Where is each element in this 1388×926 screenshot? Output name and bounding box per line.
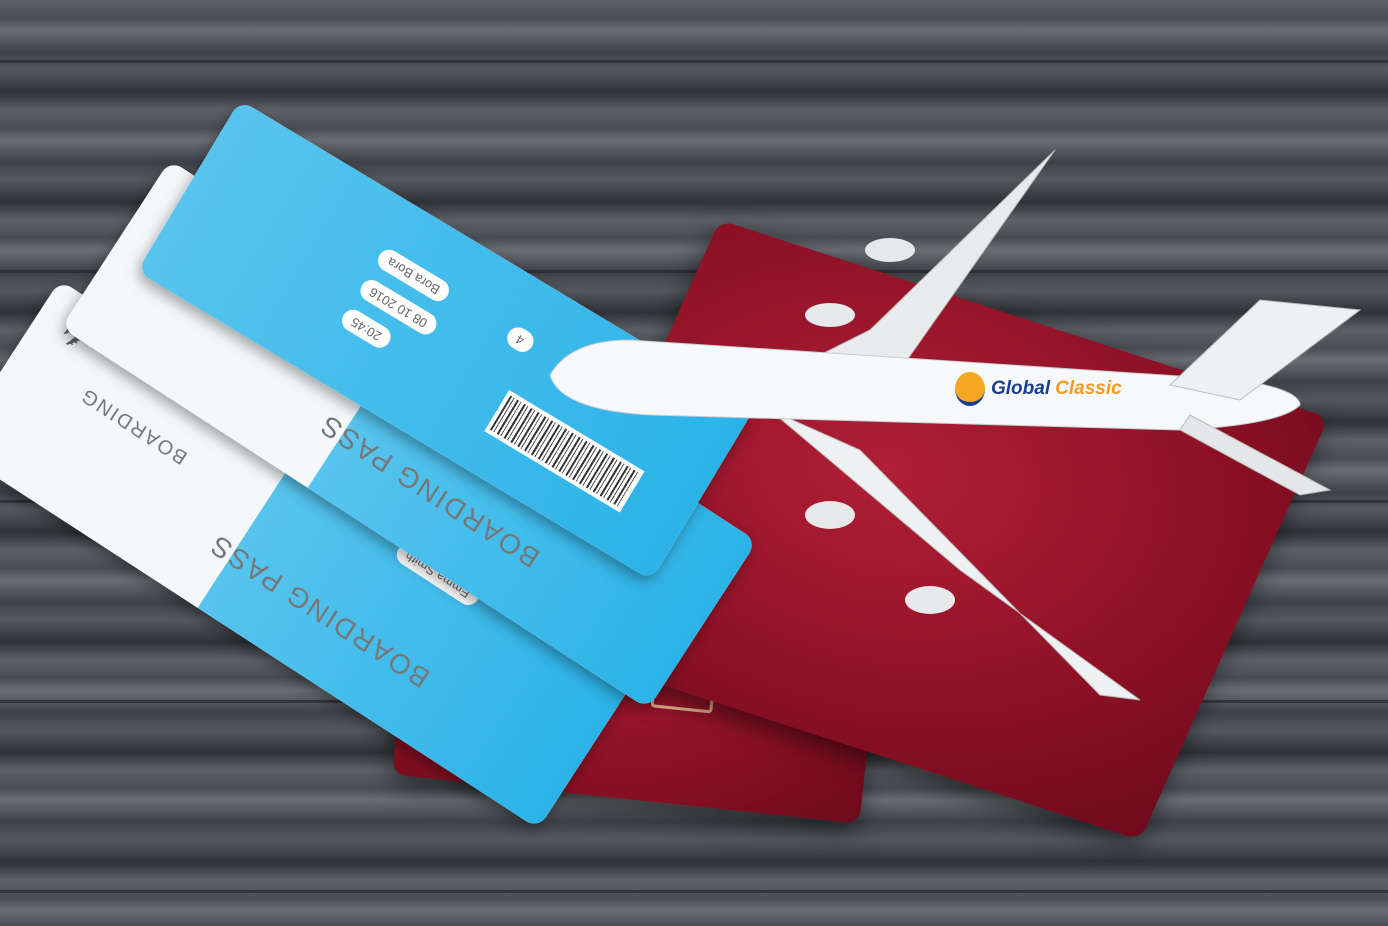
model-airplane (540, 150, 1370, 710)
logo-word-classic: Classic (1055, 378, 1122, 400)
logo-word-global: Global (991, 378, 1050, 400)
airline-logo: Global Classic (955, 372, 1122, 406)
globe-logo-icon (955, 372, 985, 406)
